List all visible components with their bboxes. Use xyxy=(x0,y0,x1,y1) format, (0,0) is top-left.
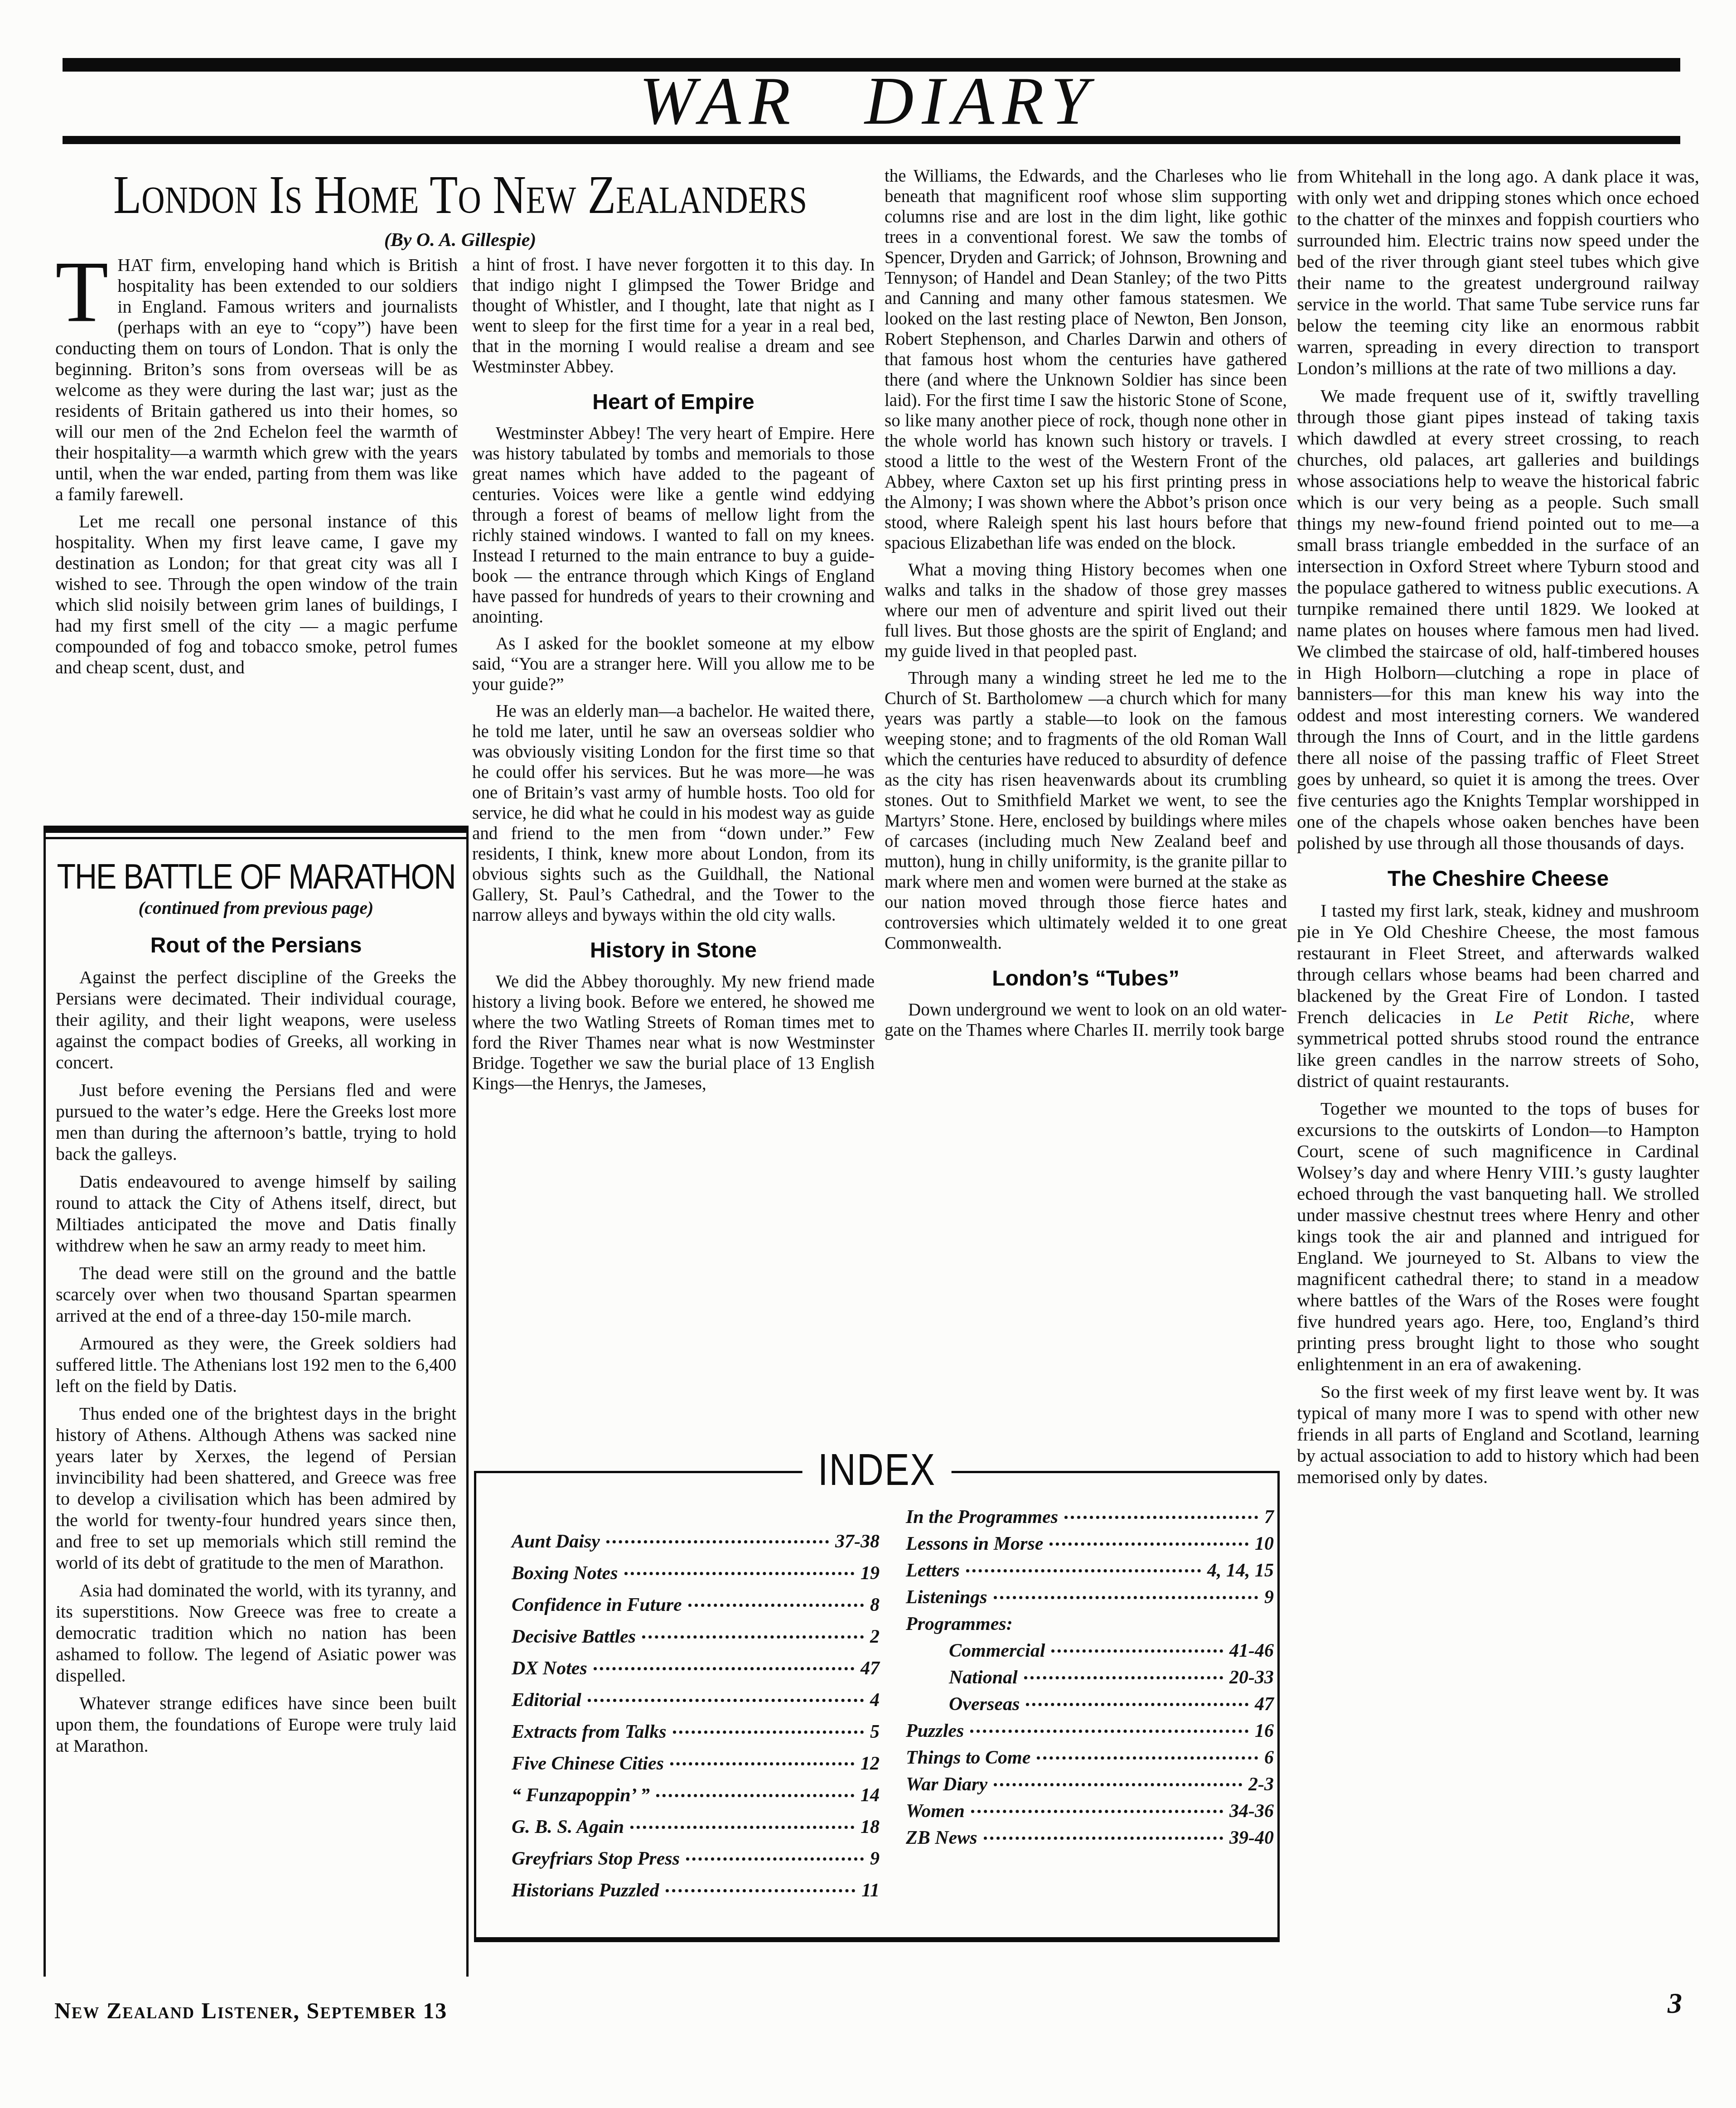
index-entry: “ Funzapoppin’ ”14 xyxy=(512,1785,880,1806)
index-entry: ZB News39-40 xyxy=(906,1828,1274,1848)
index-entry: Commercial41-46 xyxy=(906,1640,1274,1661)
paragraph: Whatever strange edifices have since bee… xyxy=(56,1692,456,1756)
column-2: a hint of frost. I have never forgotten … xyxy=(472,255,875,1100)
index-entry: Aunt Daisy37-38 xyxy=(512,1531,880,1552)
paragraph: As I asked for the booklet someone at my… xyxy=(472,633,875,695)
paragraph: What a moving thing History becomes when… xyxy=(885,560,1287,662)
article-headline: London Is Home To New Zealanders xyxy=(49,169,871,222)
index-entry: Historians Puzzled11 xyxy=(512,1880,880,1901)
leader-dots xyxy=(594,1667,854,1670)
leader-dots xyxy=(670,1762,854,1765)
index-entry: Listenings9 xyxy=(906,1587,1274,1608)
section-heading-history-in-stone: History in Stone xyxy=(472,939,875,962)
marathon-subtitle: (continued from previous page) xyxy=(56,897,456,919)
paragraph: THAT firm, enveloping hand which is Brit… xyxy=(55,255,458,505)
index-entry: National20-33 xyxy=(906,1667,1274,1688)
article-byline: (By O. A. Gillespie) xyxy=(49,229,871,251)
leader-dots xyxy=(688,1604,864,1607)
leader-dots xyxy=(994,1783,1242,1786)
paragraph: Datis endeavoured to avenge himself by s… xyxy=(56,1171,456,1256)
paragraph: We did the Abbey thoroughly. My new frie… xyxy=(472,972,875,1094)
leader-dots xyxy=(606,1540,829,1543)
leader-dots xyxy=(1049,1542,1248,1546)
paragraph: Through many a winding street he led me … xyxy=(885,668,1287,953)
index-entry: Extracts from Talks5 xyxy=(512,1721,880,1742)
index-entry: Things to Come6 xyxy=(906,1747,1274,1768)
paragraph: a hint of frost. I have never forgotten … xyxy=(472,255,875,377)
restaurant-name: Le Petit Riche, xyxy=(1495,1006,1634,1027)
leader-dots xyxy=(971,1810,1223,1813)
marathon-section-heading: Rout of the Persians xyxy=(56,934,456,957)
leader-dots xyxy=(1051,1649,1223,1653)
index-entry: G. B. S. Again18 xyxy=(512,1817,880,1837)
leader-dots xyxy=(970,1730,1248,1733)
paragraph: Down underground we went to look on an o… xyxy=(885,1000,1287,1040)
paragraph: Westminster Abbey! The very heart of Emp… xyxy=(472,423,875,627)
index-entry: In the Programmes7 xyxy=(906,1507,1274,1528)
index-entry: Lessons in Morse10 xyxy=(906,1533,1274,1554)
paragraph: the Williams, the Edwards, and the Charl… xyxy=(885,166,1287,553)
leader-dots xyxy=(966,1569,1201,1572)
index-title: INDEX xyxy=(803,1447,952,1494)
index-entry: War Diary2-3 xyxy=(906,1774,1274,1795)
marathon-top-rule xyxy=(46,826,466,839)
paragraph: So the first week of my first leave went… xyxy=(1297,1381,1699,1488)
masthead-rule xyxy=(63,136,1680,144)
leader-dots xyxy=(630,1826,854,1829)
index-entry: Confidence in Future8 xyxy=(512,1595,880,1615)
index-entry: Greyfriars Stop Press9 xyxy=(512,1848,880,1869)
column-4: from Whitehall in the long ago. A dank p… xyxy=(1297,166,1699,1494)
paragraph: He was an elderly man—a bachelor. He wai… xyxy=(472,701,875,925)
section-heading-londons-tubes: London’s “Tubes” xyxy=(885,967,1287,991)
footer-imprint: New Zealand Listener, September 13 xyxy=(54,1997,447,2024)
leader-dots xyxy=(673,1731,864,1734)
index-entry: Overseas47 xyxy=(906,1694,1274,1715)
marathon-title: THE BATTLE OF MARATHON xyxy=(56,858,456,895)
paragraph: Together we mounted to the tops of buses… xyxy=(1297,1098,1699,1375)
index-entry: Editorial4 xyxy=(512,1690,880,1711)
leader-dots xyxy=(1064,1516,1258,1519)
newspaper-page: WAR DIARY London Is Home To New Zealande… xyxy=(0,0,1736,2108)
leader-dots xyxy=(994,1596,1258,1599)
index-left-column: Aunt Daisy37-38 Boxing Notes19 Confidenc… xyxy=(512,1531,880,1912)
index-entry-programmes: Programmes: xyxy=(906,1614,1274,1634)
column-1: THAT firm, enveloping hand which is Brit… xyxy=(55,255,458,684)
paragraph: Just before evening the Persians fled an… xyxy=(56,1079,456,1165)
paragraph: from Whitehall in the long ago. A dank p… xyxy=(1297,166,1699,379)
section-heading-heart-of-empire: Heart of Empire xyxy=(472,391,875,414)
leader-dots xyxy=(1026,1703,1248,1706)
paragraph: We made frequent use of it, swiftly trav… xyxy=(1297,385,1699,854)
column-3: the Williams, the Edwards, and the Charl… xyxy=(885,166,1287,1047)
paragraph: Against the perfect discipline of the Gr… xyxy=(56,967,456,1073)
leader-dots xyxy=(642,1635,864,1639)
index-entry: Decisive Battles2 xyxy=(512,1626,880,1647)
index-entry: Five Chinese Cities12 xyxy=(512,1753,880,1774)
index-entry: Boxing Notes19 xyxy=(512,1563,880,1584)
leader-dots xyxy=(1037,1756,1258,1760)
index-entry: Letters4, 14, 15 xyxy=(906,1560,1274,1581)
paragraph: Armoured as they were, the Greek soldier… xyxy=(56,1333,456,1397)
marathon-box: THE BATTLE OF MARATHON (continued from p… xyxy=(44,826,469,1977)
index-box: INDEX Aunt Daisy37-38 Boxing Notes19 Con… xyxy=(474,1471,1280,1942)
paragraph: Asia had dominated the world, with its t… xyxy=(56,1580,456,1686)
index-right-column: In the Programmes7 Lessons in Morse10 Le… xyxy=(906,1507,1274,1854)
masthead-title: WAR DIARY xyxy=(0,67,1736,135)
paragraph: Let me recall one personal instance of t… xyxy=(55,511,458,678)
leader-dots xyxy=(656,1794,854,1797)
index-entry: DX Notes47 xyxy=(512,1658,880,1679)
section-heading-cheshire-cheese: The Cheshire Cheese xyxy=(1297,867,1699,891)
leader-dots xyxy=(1024,1676,1223,1679)
page-number: 3 xyxy=(1668,1987,1682,2020)
leader-dots xyxy=(588,1699,864,1702)
paragraph: I tasted my first lark, steak, kidney an… xyxy=(1297,900,1699,1092)
index-entry: Women34-36 xyxy=(906,1801,1274,1822)
leader-dots xyxy=(686,1857,864,1861)
leader-dots xyxy=(984,1837,1223,1840)
paragraph: Thus ended one of the brightest days in … xyxy=(56,1403,456,1573)
index-entry: Puzzles16 xyxy=(906,1721,1274,1741)
paragraph: The dead were still on the ground and th… xyxy=(56,1262,456,1326)
leader-dots xyxy=(624,1572,854,1575)
leader-dots xyxy=(666,1889,856,1892)
drop-cap: T xyxy=(55,255,117,325)
